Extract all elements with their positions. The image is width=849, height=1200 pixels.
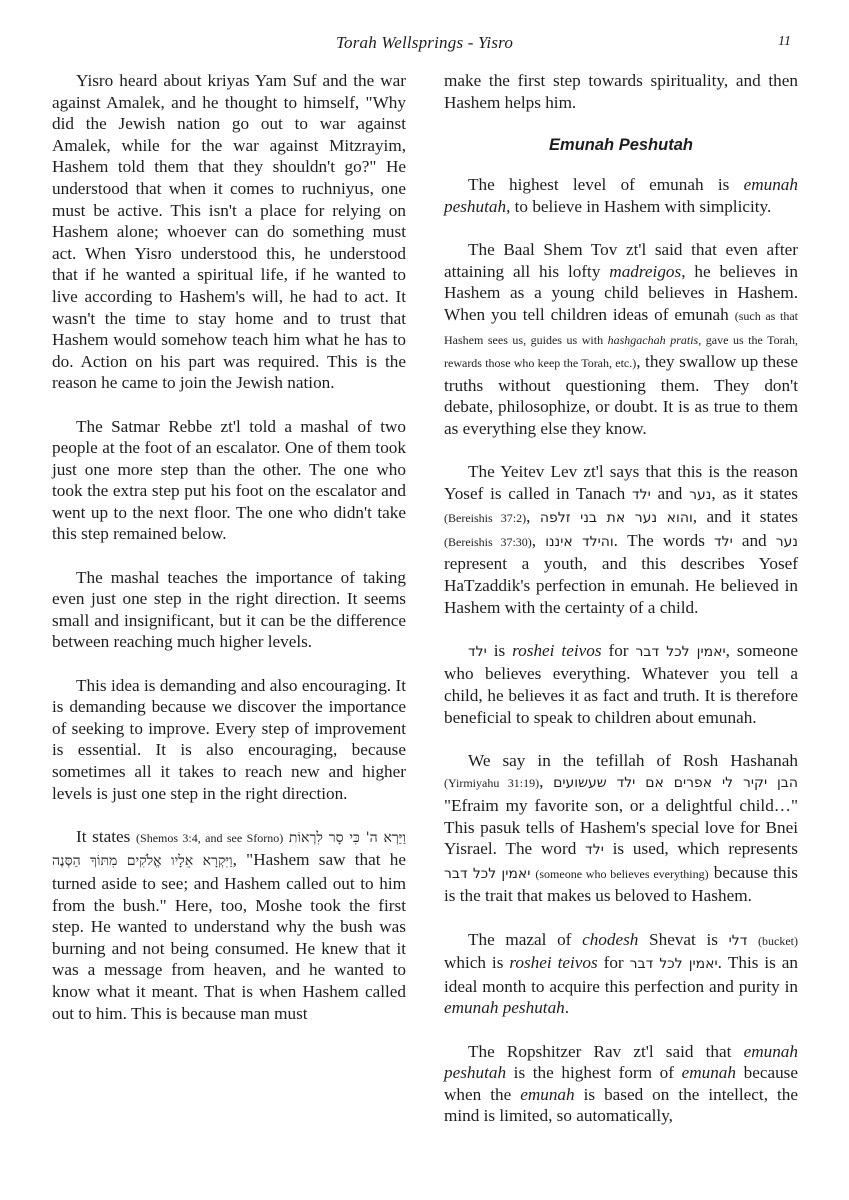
emphasis: hashgachah pratis: [608, 333, 699, 347]
hebrew-word: נער: [776, 534, 798, 550]
text: .: [565, 998, 569, 1017]
paragraph-yisro: Yisro heard about kriyas Yam Suf and the…: [52, 70, 406, 394]
paragraph-mashal-lesson: The mashal teaches the importance of tak…: [52, 567, 406, 653]
left-column: Yisro heard about kriyas Yam Suf and the…: [52, 70, 406, 1046]
emphasis: madreigos: [609, 262, 681, 281]
text: which is: [444, 953, 509, 972]
paragraph-roshei-teivos: ילד is roshei teivos for יאמין לכל דבר, …: [444, 640, 798, 728]
hebrew-phrase: יאמין לכל דבר: [444, 866, 530, 882]
text: is used, which represents: [604, 839, 798, 858]
text: and: [733, 531, 776, 550]
text: We say in the tefillah of Rosh Hashanah: [468, 751, 798, 770]
paragraph-mazal-shevat: The mazal of chodesh Shevat is דלי (buck…: [444, 929, 798, 1019]
citation: (Shemos 3:4, and see Sforno): [136, 831, 283, 845]
text: is the highest form of: [506, 1063, 682, 1082]
text: ,: [526, 507, 540, 526]
hebrew-word: ילד: [585, 842, 604, 858]
text: , as it states: [711, 484, 798, 503]
paragraph-moshe-bush: It states (Shemos 3:4, and see Sforno) ו…: [52, 826, 406, 1024]
text: represent a youth, and this describes Yo…: [444, 554, 798, 616]
hebrew-word: ילד: [714, 534, 733, 550]
hebrew-word: ילד: [468, 644, 487, 660]
text: for: [602, 641, 636, 660]
hebrew-phrase: יאמין לכל דבר: [630, 956, 718, 972]
text: It states: [76, 827, 136, 846]
page-number: 11: [778, 34, 791, 50]
text: The highest level of emunah is: [468, 175, 744, 194]
text: and: [651, 484, 689, 503]
parenthetical: (someone who believes everything): [535, 867, 708, 881]
paragraph-demanding-encouraging: This idea is demanding and also encourag…: [52, 675, 406, 805]
text: for: [598, 953, 630, 972]
page-header: Torah Wellsprings - Yisro 11: [0, 33, 849, 55]
emphasis: chodesh: [582, 930, 638, 949]
emphasis: emunah peshutah: [444, 998, 565, 1017]
parenthetical: (bucket): [758, 934, 798, 948]
hebrew-verse: והילד איננו: [545, 534, 613, 550]
text: , to believe in Hashem with simplicity.: [506, 197, 771, 216]
text: ,: [532, 531, 545, 550]
right-column: make the first step towards spirituality…: [444, 70, 798, 1149]
hebrew-word: דלי: [729, 933, 748, 949]
emphasis: emunah: [520, 1085, 574, 1104]
emphasis: roshei teivos: [512, 641, 601, 660]
citation: (Bereishis 37:30): [444, 535, 532, 549]
text: [747, 930, 758, 949]
emphasis: emunah: [682, 1063, 736, 1082]
citation: (Yirmiyahu 31:19): [444, 776, 539, 790]
hebrew-verse: הבן יקיר לי אפרים אם ילד שעשועים: [553, 775, 798, 791]
text: ,: [539, 772, 553, 791]
paragraph-yeitev-lev: The Yeitev Lev zt'l says that this is th…: [444, 461, 798, 618]
text: , and it states: [693, 507, 798, 526]
section-heading: Emunah Peshutah: [444, 135, 798, 157]
hebrew-word: נער: [689, 487, 711, 503]
hebrew-verse: והוא נער את בני זלפה: [540, 510, 693, 526]
paragraph-highest-level: The highest level of emunah is emunah pe…: [444, 174, 798, 217]
text: The Ropshitzer Rav zt'l said that: [468, 1042, 744, 1061]
paragraph-ropshitzer: The Ropshitzer Rav zt'l said that emunah…: [444, 1041, 798, 1127]
text: is: [487, 641, 512, 660]
text: The mazal of: [468, 930, 582, 949]
citation: (Bereishis 37:2): [444, 511, 526, 525]
hebrew-phrase: יאמין לכל דבר: [635, 644, 725, 660]
emphasis: roshei teivos: [509, 953, 597, 972]
paragraph-baal-shem-tov: The Baal Shem Tov zt'l said that even af…: [444, 239, 798, 439]
running-title: Torah Wellsprings - Yisro: [0, 33, 849, 53]
text: Shevat is: [638, 930, 728, 949]
paragraph-continued: make the first step towards spirituality…: [444, 70, 798, 113]
paragraph-rosh-hashanah: We say in the tefillah of Rosh Hashanah …: [444, 750, 798, 907]
text: , "Hashem saw that he turned aside to se…: [52, 850, 406, 1022]
paragraph-satmar-mashal: The Satmar Rebbe zt'l told a mashal of t…: [52, 416, 406, 546]
hebrew-word: ילד: [632, 487, 651, 503]
text: . The words: [614, 531, 714, 550]
